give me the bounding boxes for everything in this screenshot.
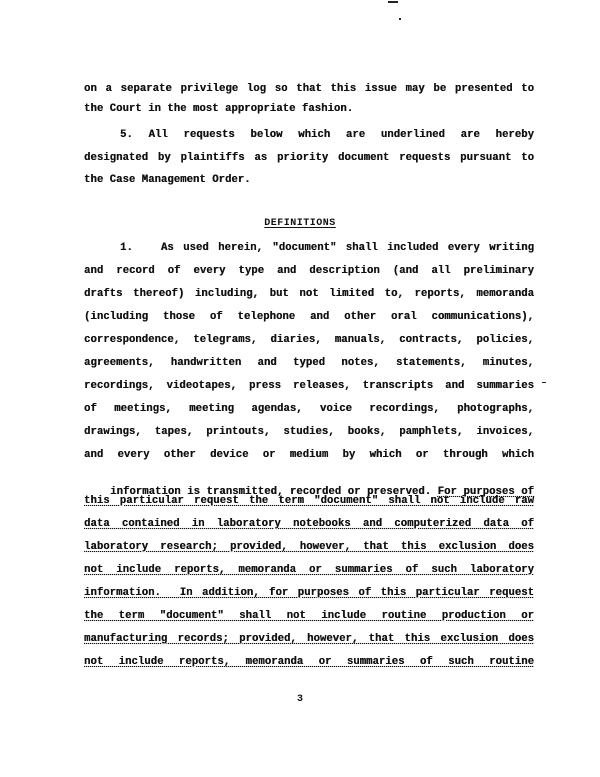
text-line: the Case Management Order. [84,173,534,187]
text-line: on a separate privilege log so that this… [84,82,534,96]
document-page: on a separate privilege log so that this… [0,0,600,777]
underlined-line: not include reports, memoranda or summar… [84,655,534,669]
underlined-line: data contained in laboratory notebooks a… [84,517,534,531]
text-line: recordings, videotapes, press releases, … [84,379,534,393]
text-line: drafts thereof) including, but not limit… [84,287,534,301]
text-line: of meetings, meeting agendas, voice reco… [84,402,534,416]
underlined-line: information. In addition, for purposes o… [84,586,534,600]
text-line: correspondence, telegrams, diaries, manu… [84,333,534,347]
text-line: 5. All requests below which are underlin… [120,128,534,142]
text-line: and record of every type and description… [84,264,534,278]
underlined-line: the term "document" shall not include ro… [84,609,534,623]
underlined-line: manufacturing records; provided, however… [84,632,534,646]
scan-artifact [399,18,401,20]
underlined-line: this particular request the term "docume… [84,494,534,508]
scan-artifact [388,1,398,3]
underlined-line: laboratory research; provided, however, … [84,540,534,554]
page-number: 3 [0,694,600,705]
section-heading: DEFINITIONS [0,218,600,229]
text-line: the Court in the most appropriate fashio… [84,102,534,116]
scan-artifact [542,382,546,383]
underlined-line: not include reports, memoranda or summar… [84,563,534,577]
text-line: drawings, tapes, printouts, studies, boo… [84,425,534,439]
text-line: (including those of telephone and other … [84,310,534,324]
text-line: agreements, handwritten and typed notes,… [84,356,534,370]
text-line: and every other device or medium by whic… [84,448,534,462]
text-line: 1. As used herein, "document" shall incl… [120,241,534,255]
text-line: designated by plaintiffs as priority doc… [84,151,534,165]
